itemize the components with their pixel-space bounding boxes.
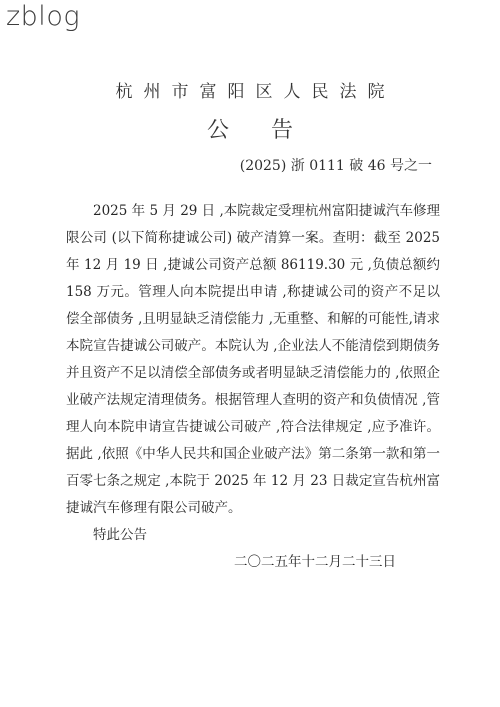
blog-page: zblog 杭州市富阳区人民法院 公告 (2025) 浙 0111 破 46 号… xyxy=(0,0,500,707)
notice-body: 2025 年 5 月 29 日 ,本院裁定受理杭州富阳捷诚汽车修理有 限公司 (… xyxy=(60,198,440,522)
site-logo[interactable]: zblog xyxy=(6,1,80,32)
body-line: 理人向本院申请宣告捷诚公司破产 ,符合法律规定 ,应予准许。 xyxy=(66,414,440,441)
body-line: 并且资产不足以清偿全部债务或者明显缺乏清偿能力的 ,依照企 xyxy=(66,360,440,387)
notice-document: 杭州市富阳区人民法院 公告 (2025) 浙 0111 破 46 号之一 202… xyxy=(60,70,440,576)
body-line: 据此 ,依照《中华人民共和国企业破产法》第二条第一款和第一 xyxy=(66,441,440,468)
body-line: 业破产法规定清理债务。根据管理人查明的资产和负债情况 ,管 xyxy=(66,387,440,414)
notice-title: 公告 xyxy=(60,114,440,148)
body-line: 本院宣告捷诚公司破产。本院认为 ,企业法人不能清偿到期债务 , xyxy=(66,333,440,360)
body-line: 限公司 (以下简称捷诚公司) 破产清算一案。查明：截至 2025 xyxy=(66,225,440,252)
closing-statement: 特此公告 xyxy=(60,522,440,549)
body-line: 158 万元。管理人向本院提出申请 ,称捷诚公司的资产不足以清 xyxy=(66,279,440,306)
notice-date: 二〇二五年十二月二十三日 xyxy=(60,549,440,576)
case-number: (2025) 浙 0111 破 46 号之一 xyxy=(60,156,440,176)
body-line: 百零七条之规定 ,本院于 2025 年 12 月 23 日裁定宣告杭州富阳 xyxy=(66,468,440,495)
site-header: zblog xyxy=(6,1,80,32)
court-name: 杭州市富阳区人民法院 xyxy=(60,78,440,106)
body-line: 偿全部债务 ,且明显缺乏清偿能力 ,无重整、和解的可能性,请求 xyxy=(66,306,440,333)
body-line: 2025 年 5 月 29 日 ,本院裁定受理杭州富阳捷诚汽车修理有 xyxy=(66,198,440,225)
body-line: 年 12 月 19 日 ,捷诚公司资产总额 86119.30 元 ,负债总额约 xyxy=(66,252,440,279)
body-line: 捷诚汽车修理有限公司破产。 xyxy=(66,495,440,522)
